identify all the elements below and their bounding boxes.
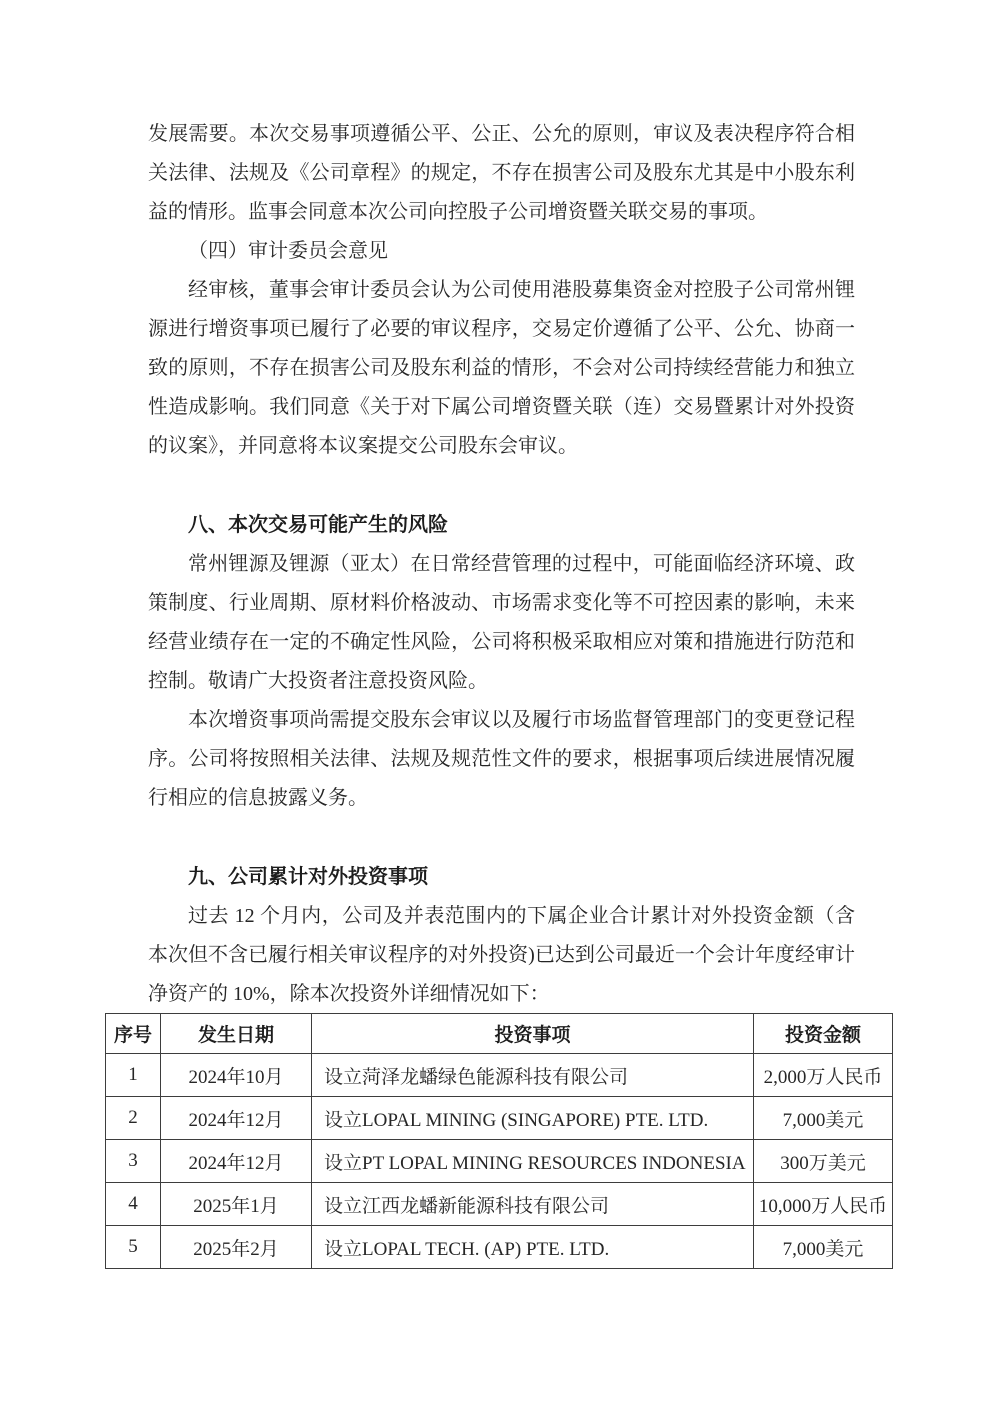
cell-amount: 300万美元	[754, 1140, 893, 1183]
paragraph-audit-opinion: 经审核，董事会审计委员会认为公司使用港股募集资金对控股子公司常州锂源进行增资事项…	[148, 271, 855, 466]
table-row: 1 2024年10月 设立菏泽龙蟠绿色能源科技有限公司 2,000万人民币	[106, 1054, 893, 1097]
column-header-date: 发生日期	[161, 1014, 312, 1054]
column-header-item: 投资事项	[312, 1014, 754, 1054]
cell-date: 2024年10月	[161, 1054, 312, 1097]
section-heading-cumulative-investment: 九、公司累计对外投资事项	[148, 858, 855, 897]
cell-item: 设立菏泽龙蟠绿色能源科技有限公司	[312, 1054, 754, 1097]
cell-index: 5	[106, 1226, 161, 1269]
paragraph-investment-intro: 过去 12 个月内，公司及并表范围内的下属企业合计累计对外投资金额（含本次但不含…	[148, 897, 855, 1014]
cell-item: 设立PT LOPAL MINING RESOURCES INDONESIA	[312, 1140, 754, 1183]
cell-index: 3	[106, 1140, 161, 1183]
table-row: 3 2024年12月 设立PT LOPAL MINING RESOURCES I…	[106, 1140, 893, 1183]
cell-date: 2024年12月	[161, 1097, 312, 1140]
document-page: 发展需要。本次交易事项遵循公平、公正、公允的原则，审议及表决程序符合相关法律、法…	[0, 0, 1000, 1414]
cell-amount: 7,000美元	[754, 1097, 893, 1140]
investment-table-header-row: 序号 发生日期 投资事项 投资金额	[106, 1014, 893, 1054]
cell-amount: 2,000万人民币	[754, 1054, 893, 1097]
cell-date: 2025年2月	[161, 1226, 312, 1269]
table-row: 5 2025年2月 设立LOPAL TECH. (AP) PTE. LTD. 7…	[106, 1226, 893, 1269]
paragraph-risk-procedure: 本次增资事项尚需提交股东会审议以及履行市场监督管理部门的变更登记程序。公司将按照…	[148, 701, 855, 818]
investment-table: 序号 发生日期 投资事项 投资金额 1 2024年10月 设立菏泽龙蟠绿色能源科…	[105, 1013, 893, 1269]
column-header-index: 序号	[106, 1014, 161, 1054]
cell-date: 2025年1月	[161, 1183, 312, 1226]
document-body: 发展需要。本次交易事项遵循公平、公正、公允的原则，审议及表决程序符合相关法律、法…	[148, 115, 855, 1014]
paragraph-supervisory-opinion: 发展需要。本次交易事项遵循公平、公正、公允的原则，审议及表决程序符合相关法律、法…	[148, 115, 855, 232]
table-row: 4 2025年1月 设立江西龙蟠新能源科技有限公司 10,000万人民币	[106, 1183, 893, 1226]
cell-item: 设立LOPAL TECH. (AP) PTE. LTD.	[312, 1226, 754, 1269]
cell-amount: 7,000美元	[754, 1226, 893, 1269]
column-header-amount: 投资金额	[754, 1014, 893, 1054]
table-row: 2 2024年12月 设立LOPAL MINING (SINGAPORE) PT…	[106, 1097, 893, 1140]
paragraph-risk-description: 常州锂源及锂源（亚太）在日常经营管理的过程中，可能面临经济环境、政策制度、行业周…	[148, 545, 855, 701]
section-heading-transaction-risks: 八、本次交易可能产生的风险	[148, 506, 855, 545]
cell-date: 2024年12月	[161, 1140, 312, 1183]
cell-index: 4	[106, 1183, 161, 1226]
cell-index: 1	[106, 1054, 161, 1097]
subsection-heading-audit-committee: （四）审计委员会意见	[148, 232, 855, 271]
cell-item: 设立LOPAL MINING (SINGAPORE) PTE. LTD.	[312, 1097, 754, 1140]
cell-index: 2	[106, 1097, 161, 1140]
cell-amount: 10,000万人民币	[754, 1183, 893, 1226]
cell-item: 设立江西龙蟠新能源科技有限公司	[312, 1183, 754, 1226]
